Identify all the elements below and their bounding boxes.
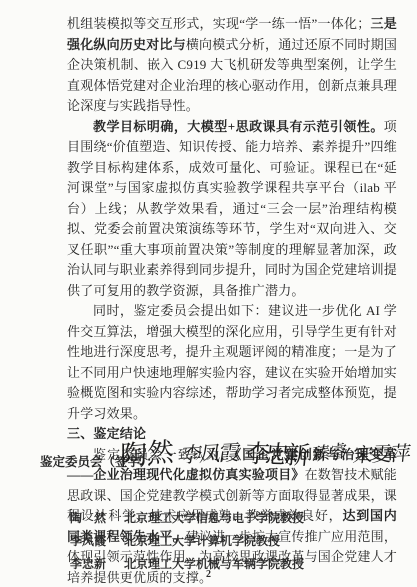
committee-row: 李凤霞北京理工大学计算机学院教授: [70, 534, 304, 548]
signatures: 陶然李凤霞李忠新臻睿宋雯萍: [120, 428, 410, 480]
handwritten-signature: 李凤霞: [179, 442, 239, 466]
committee-member-affiliation: 北京理工大学计算机学院教授: [124, 534, 280, 548]
paragraph: 同时，鉴定委员会提出如下：建议进一步优化 AI 学件交互算法，增强大模型的深化应…: [67, 301, 397, 424]
text-segment: 项目围绕“价值塑造、知识传授、能力培养、素养提升”四维教学目标构建体系，成效可量…: [67, 119, 397, 298]
page-number: 2: [0, 569, 417, 580]
document-body: 机组装模拟等交互形式，实现“学一练一悟”一体化；三是强化纵向历史对比与横向模式分…: [67, 14, 397, 587]
handwritten-signature: 陶然: [120, 438, 174, 470]
committee-member-name: 李凤霞: [70, 534, 110, 548]
text-segment: 教学目标明确，大模型+思政课具有示范引领性。: [93, 119, 384, 134]
committee-member-affiliation: 北京理工大学信息与电子学院教授: [124, 511, 304, 525]
committee-row: 陶 然北京理工大学信息与电子学院教授: [70, 511, 304, 525]
handwritten-signature: 李忠新: [244, 440, 306, 467]
paragraph: 机组装模拟等交互形式，实现“学一练一悟”一体化；三是强化纵向历史对比与横向模式分…: [67, 14, 397, 117]
handwritten-signature: 宋雯萍: [352, 443, 411, 465]
text-segment: 同时，鉴定委员会提出如下：建议进一步优化 AI 学件交互算法，增强大模型的深化应…: [67, 303, 397, 421]
text-segment: 机组装模拟等交互形式，实现“学一练一悟”一体化；: [67, 16, 371, 31]
handwritten-signature: 臻睿: [312, 443, 347, 465]
committee-member-name: 陶 然: [70, 511, 110, 525]
document-page: 机组装模拟等交互形式，实现“学一练一悟”一体化；三是强化纵向历史对比与横向模式分…: [0, 0, 417, 587]
paragraph: 教学目标明确，大模型+思政课具有示范引领性。项目围绕“价值塑造、知识传授、能力培…: [67, 117, 397, 302]
